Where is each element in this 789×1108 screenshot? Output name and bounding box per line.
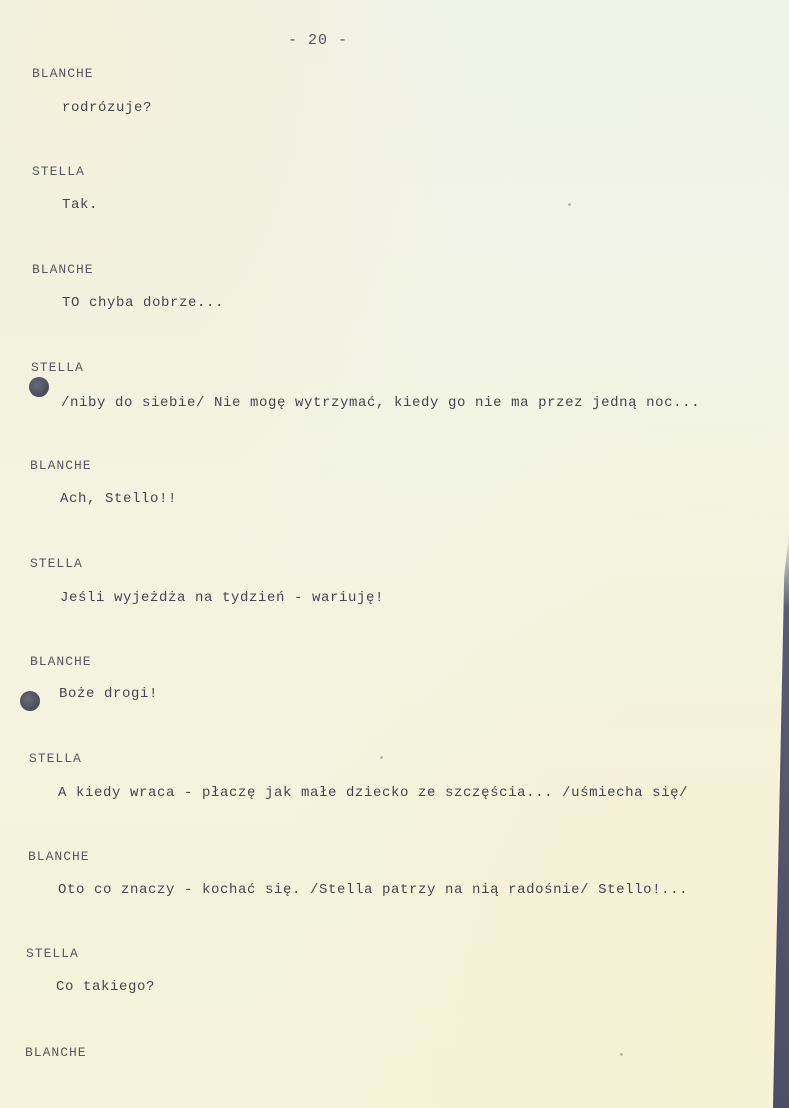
speaker-name: BLANCHE <box>32 262 94 277</box>
dialogue-line: Oto co znaczy - kochać się. /Stella patr… <box>58 882 688 898</box>
page-number: - 20 - <box>288 32 348 49</box>
dialogue-line: Tak. <box>62 197 98 213</box>
speaker-name: STELLA <box>30 556 83 571</box>
speaker-name: BLANCHE <box>28 849 90 864</box>
speaker-name: STELLA <box>32 164 85 179</box>
paper-speck <box>620 1053 623 1056</box>
speaker-name: STELLA <box>29 751 82 766</box>
speaker-name: BLANCHE <box>30 654 92 669</box>
dialogue-line: Jeśli wyjeżdża na tydzień - wariuję! <box>60 590 384 606</box>
dialogue-line: rodrózuje? <box>62 100 152 116</box>
dialogue-line: Ach, Stello!! <box>60 491 177 507</box>
dialogue-line: A kiedy wraca - płaczę jak małe dziecko … <box>58 785 688 801</box>
typewritten-page: - 20 - BLANCHE rodrózuje? STELLA Tak. BL… <box>0 0 789 1108</box>
scan-edge-shadow <box>773 0 789 1108</box>
speaker-name: BLANCHE <box>30 458 92 473</box>
speaker-name: STELLA <box>31 360 84 375</box>
punch-hole <box>29 377 49 397</box>
punch-hole <box>20 691 40 711</box>
paper-speck <box>380 756 383 759</box>
speaker-name: BLANCHE <box>25 1045 87 1060</box>
paper-speck <box>568 203 571 206</box>
dialogue-line: /niby do siebie/ Nie mogę wytrzymać, kie… <box>61 395 700 411</box>
speaker-name: BLANCHE <box>32 66 94 81</box>
speaker-name: STELLA <box>26 946 79 961</box>
dialogue-line: Boże drogi! <box>59 686 158 702</box>
dialogue-line: Co takiego? <box>56 979 155 995</box>
dialogue-line: TO chyba dobrze... <box>62 295 224 311</box>
